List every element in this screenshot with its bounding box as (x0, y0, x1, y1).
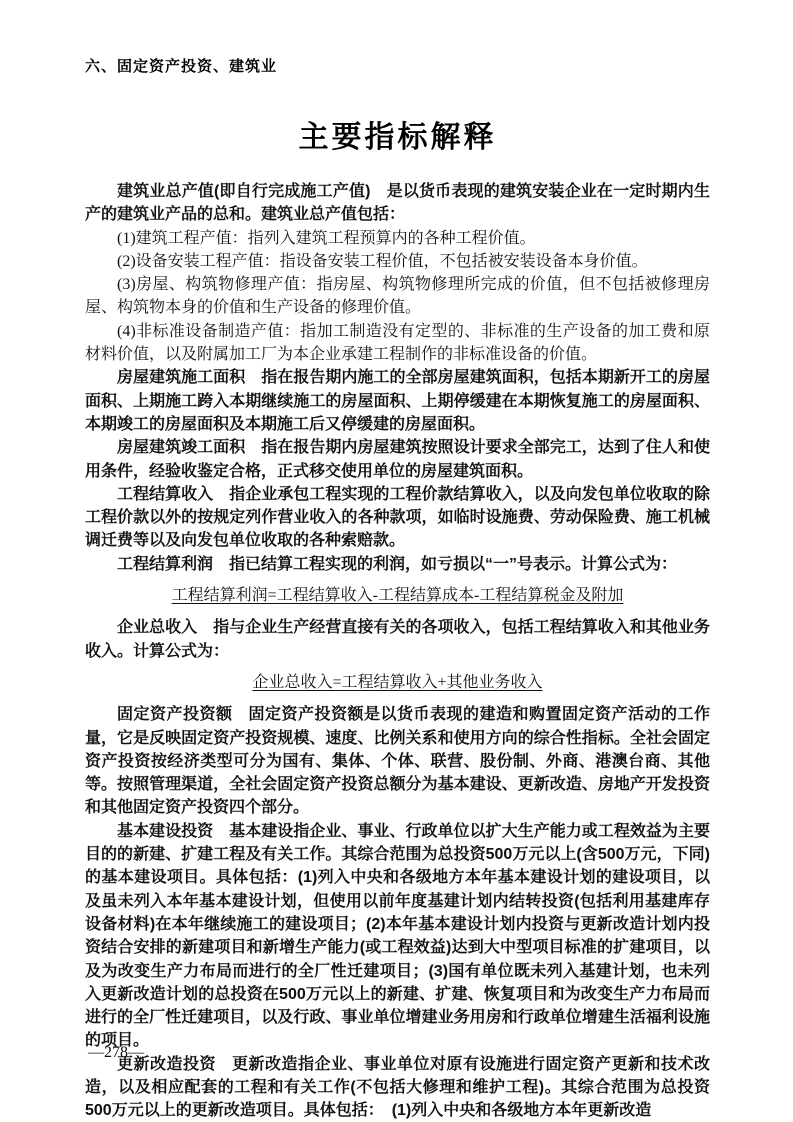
indicator-term: 企业总收入 (117, 619, 197, 636)
indicator-term: 建筑业总产值(即自行完成施工产值) (117, 183, 370, 200)
formula-text: 企业总收入=工程结算收入+其他业务收入 (252, 674, 542, 691)
paragraph-text: 基本建设指企业、事业、行政单位以扩大生产能力或工程效益为主要目的的新建、扩建工程… (85, 823, 710, 1050)
section-header: 六、固定资产投资、建筑业 (85, 55, 710, 76)
page-number: —278— (88, 1044, 144, 1062)
content: 建筑业总产值(即自行完成施工产值)是以货币表现的建筑安装企业在一定时期内生产的建… (85, 180, 710, 1122)
paragraph-text: (4)非标准设备制造产值：指加工制造没有定型的、非标准的生产设备的加工费和原材料… (85, 323, 710, 363)
paragraph-text: (2)设备安装工程产值：指设备安装工程价值，不包括被安装设备本身价值。 (117, 253, 648, 270)
sub-item-paragraph: (2)设备安装工程产值：指设备安装工程价值，不包括被安装设备本身价值。 (85, 250, 710, 273)
indicator-term: 基本建设投资 (117, 823, 213, 840)
indicator-paragraph: 房屋建筑施工面积指在报告期内施工的全部房屋建筑面积，包括本期新开工的房屋面积、上… (85, 366, 710, 436)
paragraph-text: (1)建筑工程产值：指列入建筑工程预算内的各种工程价值。 (117, 230, 536, 247)
indicator-paragraph: 工程结算收入指企业承包工程实现的工程价款结算收入，以及向发包单位收取的除工程价款… (85, 483, 710, 553)
indicator-paragraph: 企业总收入指与企业生产经营直接有关的各项收入，包括工程结算收入和其他业务收入。计… (85, 616, 710, 663)
page-title: 主要指标解释 (85, 112, 710, 156)
sub-item-paragraph: (1)建筑工程产值：指列入建筑工程预算内的各种工程价值。 (85, 227, 710, 250)
indicator-term: 工程结算收入 (117, 486, 213, 503)
sub-item-paragraph: (3)房屋、构筑物修理产值：指房屋、构筑物修理所完成的价值，但不包括被修理房屋、… (85, 273, 710, 320)
indicator-term: 固定资产投资额 (117, 706, 233, 723)
formula-line: 企业总收入=工程结算收入+其他业务收入 (85, 671, 710, 694)
sub-item-paragraph: (4)非标准设备制造产值：指加工制造没有定型的、非标准的生产设备的加工费和原材料… (85, 320, 710, 367)
indicator-paragraph: 房屋建筑竣工面积指在报告期内房屋建筑按照设计要求全部完工，达到了住人和使用条件，… (85, 436, 710, 483)
indicator-term: 工程结算利润 (117, 556, 213, 573)
paragraph-text: 指已结算工程实现的利润，如亏损以“一”号表示。计算公式为： (229, 556, 677, 573)
indicator-paragraph: 基本建设投资基本建设指企业、事业、行政单位以扩大生产能力或工程效益为主要目的的新… (85, 820, 710, 1053)
formula-line: 工程结算利润=工程结算收入-工程结算成本-工程结算税金及附加 (85, 584, 710, 607)
indicator-term: 房屋建筑竣工面积 (117, 439, 245, 456)
indicator-paragraph: 更新改造投资更新改造指企业、事业单位对原有设施进行固定资产更新和技术改造，以及相… (85, 1053, 710, 1122)
indicator-paragraph: 固定资产投资额固定资产投资额是以货币表现的建造和购置固定资产活动的工作量，它是反… (85, 703, 710, 819)
document-page: 六、固定资产投资、建筑业 主要指标解释 建筑业总产值(即自行完成施工产值)是以货… (0, 0, 793, 1122)
indicator-term: 房屋建筑施工面积 (117, 369, 245, 386)
indicator-paragraph: 工程结算利润指已结算工程实现的利润，如亏损以“一”号表示。计算公式为： (85, 553, 710, 576)
paragraph-text: (3)房屋、构筑物修理产值：指房屋、构筑物修理所完成的价值，但不包括被修理房屋、… (85, 276, 710, 316)
formula-text: 工程结算利润=工程结算收入-工程结算成本-工程结算税金及附加 (172, 587, 624, 604)
indicator-paragraph: 建筑业总产值(即自行完成施工产值)是以货币表现的建筑安装企业在一定时期内生产的建… (85, 180, 710, 227)
